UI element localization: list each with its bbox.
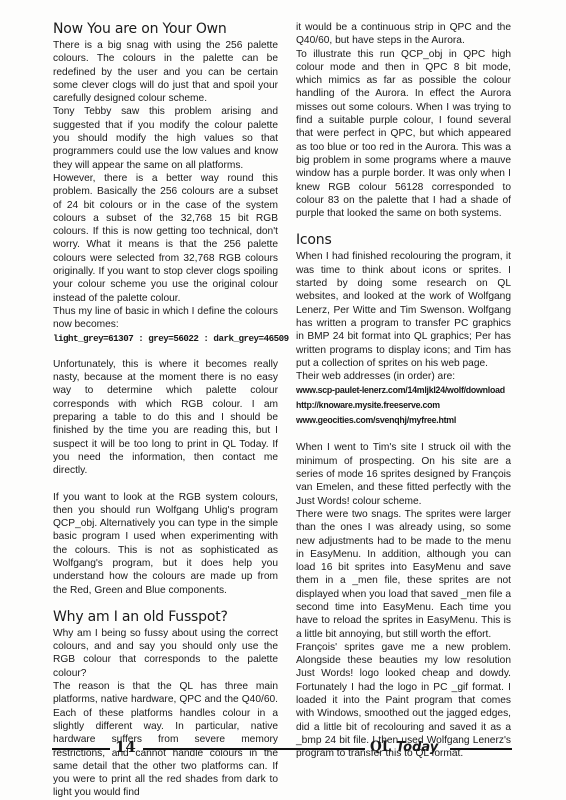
paragraph: it would be a continuous strip in QPC an… xyxy=(296,21,511,48)
section-heading-now-you-are-on-your-own: Now You are on Your Own xyxy=(53,20,278,39)
magazine-title-ql: QL xyxy=(370,739,391,755)
paragraph: Unfortunately, this is where it becomes … xyxy=(53,358,278,478)
paragraph: When I had finished recolouring the prog… xyxy=(296,250,511,370)
paragraph: If you want to look at the RGB system co… xyxy=(53,491,278,597)
section-heading-fusspot: Why am I an old Fusspot? xyxy=(53,608,278,627)
page-footer: 14 QL Today xyxy=(0,736,566,760)
paragraph: When I went to Tim's site I struck oil w… xyxy=(296,441,511,507)
footer-rule-middle xyxy=(143,748,365,750)
footer-rule-right xyxy=(450,748,512,750)
paragraph: Why am I being so fussy about using the … xyxy=(53,627,278,680)
footer-rule-left xyxy=(52,748,110,750)
paragraph: There were two snags. The sprites were l… xyxy=(296,508,511,641)
magazine-title: QL Today xyxy=(370,739,438,755)
paragraph: To illustrate this run QCP_obj in QPC hi… xyxy=(296,48,511,221)
code-line: light_grey=61307 : grey=56022 : dark_gre… xyxy=(53,332,278,345)
url-link-per[interactable]: http://knoware.mysite.freeserve.com xyxy=(296,398,511,413)
paragraph: Thus my line of basic in which I define … xyxy=(53,305,278,332)
left-column: Now You are on Your Own There is a big s… xyxy=(53,20,278,800)
paragraph: However, there is a better way round thi… xyxy=(53,172,278,305)
page-number: 14 xyxy=(115,738,136,756)
right-column: it would be a continuous strip in QPC an… xyxy=(296,21,511,761)
url-link-tim[interactable]: www.geocities.com/svenqhj/myfree.html xyxy=(296,413,511,428)
magazine-title-today: Today xyxy=(396,740,438,755)
paragraph: Their web addresses (in order) are: xyxy=(296,370,511,383)
section-heading-icons: Icons xyxy=(296,231,511,250)
paragraph: Tony Tebby saw this problem arising and … xyxy=(53,105,278,171)
paragraph: There is a big snag with using the 256 p… xyxy=(53,39,278,105)
url-link-wolfgang[interactable]: www.scp-paulet-lenerz.com/14mljkl24/wolf… xyxy=(296,383,511,398)
